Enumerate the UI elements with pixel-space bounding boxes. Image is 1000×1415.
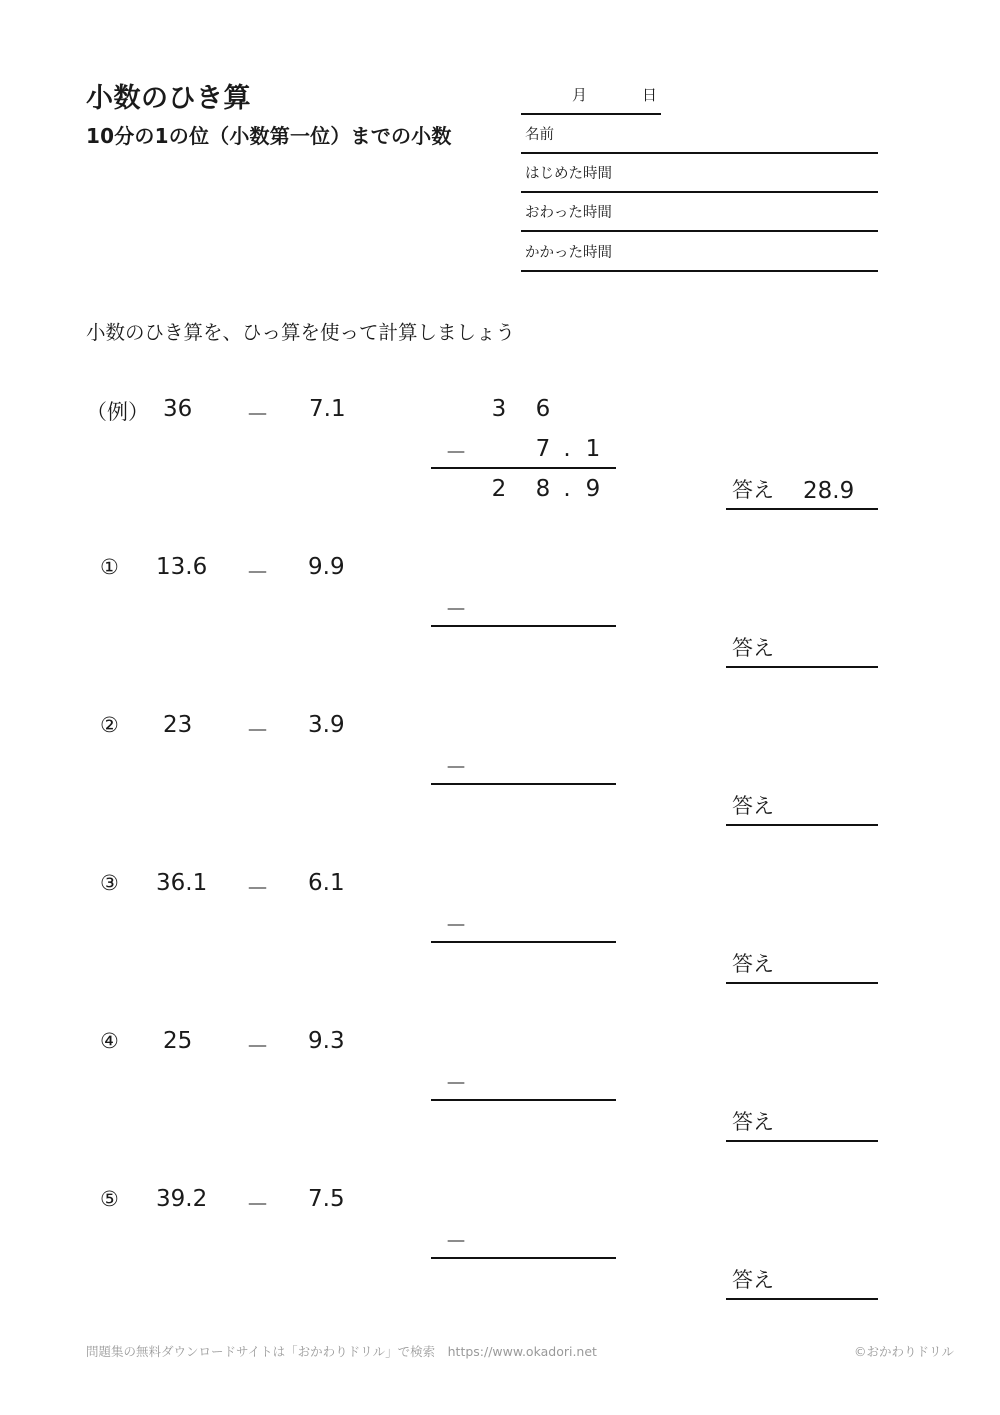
problem-2-col-operator: － — [445, 751, 467, 782]
example-subtrahend: 7.1 — [309, 396, 346, 422]
problem-3-answer-box[interactable]: 答え — [726, 948, 878, 984]
problem-3-number: ③ — [100, 871, 119, 895]
problem-1-minuend: 13.6 — [156, 554, 207, 580]
problem-3-answer-label: 答え — [732, 948, 774, 978]
date-field[interactable]: 月 日 — [521, 84, 661, 115]
problem-4-answer-box[interactable]: 答え — [726, 1106, 878, 1142]
elapsed-time-label: かかった時間 — [525, 241, 612, 262]
name-field[interactable]: 名前 — [521, 115, 878, 154]
example-col-operator: － — [445, 436, 467, 467]
problem-1-answer-label: 答え — [732, 632, 774, 662]
problem-4-number: ④ — [100, 1029, 119, 1053]
example-minuend: 36 — [163, 396, 192, 422]
worksheet-title: 小数のひき算 — [86, 76, 251, 115]
start-time-field[interactable]: はじめた時間 — [521, 154, 878, 193]
problem-5-answer-box[interactable]: 答え — [726, 1264, 878, 1300]
problem-5-answer-label: 答え — [732, 1264, 774, 1294]
problem-5-number: ⑤ — [100, 1187, 119, 1211]
problem-2-sum-line[interactable] — [431, 783, 616, 785]
example-sum-line — [431, 467, 616, 469]
problem-3-col-operator: － — [445, 909, 467, 940]
problem-4-sum-line[interactable] — [431, 1099, 616, 1101]
problem-2-operator: － — [246, 712, 269, 745]
problem-2-subtrahend: 3.9 — [308, 712, 345, 738]
problem-5-minuend: 39.2 — [156, 1186, 207, 1212]
example-col-r2-dot: . — [556, 436, 578, 462]
end-time-field[interactable]: おわった時間 — [521, 193, 878, 232]
footer-site-notice: 問題集の無料ダウンロードサイトは「おかわりドリル」で検索 https://www… — [86, 1342, 597, 1360]
elapsed-time-field[interactable]: かかった時間 — [521, 233, 878, 272]
example-col-r1-d1: 3 — [488, 396, 510, 422]
end-time-label: おわった時間 — [525, 201, 612, 222]
problem-3-operator: － — [246, 870, 269, 903]
example-col-r3-d2: 8 — [532, 476, 554, 502]
problem-4-subtrahend: 9.3 — [308, 1028, 345, 1054]
problem-5-col-operator: － — [445, 1225, 467, 1256]
name-label: 名前 — [525, 123, 554, 144]
problem-4-answer-label: 答え — [732, 1106, 774, 1136]
day-label: 日 — [642, 84, 657, 105]
problem-3-subtrahend: 6.1 — [308, 870, 345, 896]
problem-3-minuend: 36.1 — [156, 870, 207, 896]
example-operator: － — [246, 396, 269, 429]
start-time-label: はじめた時間 — [525, 162, 612, 183]
worksheet-subtitle: 10分の1の位（小数第一位）までの小数 — [86, 120, 452, 149]
example-answer-box: 答え 28.9 — [726, 474, 878, 510]
problem-5-operator: － — [246, 1186, 269, 1219]
problem-1-operator: － — [246, 554, 269, 587]
example-label: （例） — [86, 396, 149, 426]
example-col-r3-d3: 9 — [582, 476, 604, 502]
example-answer-value: 28.9 — [803, 478, 854, 504]
example-col-r1-d2: 6 — [532, 396, 554, 422]
problem-1-subtrahend: 9.9 — [308, 554, 345, 580]
problem-1-col-operator: － — [445, 593, 467, 624]
problem-1-number: ① — [100, 555, 119, 579]
problem-2-answer-box[interactable]: 答え — [726, 790, 878, 826]
problem-1-sum-line[interactable] — [431, 625, 616, 627]
problem-2-number: ② — [100, 713, 119, 737]
month-label: 月 — [572, 84, 587, 105]
example-col-r2-d2: 7 — [532, 436, 554, 462]
problem-4-minuend: 25 — [163, 1028, 192, 1054]
example-col-r2-d3: 1 — [582, 436, 604, 462]
example-col-r3-d1: 2 — [488, 476, 510, 502]
example-col-r3-dot: . — [556, 476, 578, 502]
problem-2-answer-label: 答え — [732, 790, 774, 820]
problem-1-answer-box[interactable]: 答え — [726, 632, 878, 668]
problem-2-minuend: 23 — [163, 712, 192, 738]
problem-4-col-operator: － — [445, 1067, 467, 1098]
footer-copyright: ©おかわりドリル — [854, 1342, 954, 1360]
problem-4-operator: － — [246, 1028, 269, 1061]
instruction-text: 小数のひき算を、ひっ算を使って計算しましょう — [86, 317, 515, 345]
example-answer-label: 答え — [732, 474, 774, 504]
problem-3-sum-line[interactable] — [431, 941, 616, 943]
problem-5-sum-line[interactable] — [431, 1257, 616, 1259]
problem-5-subtrahend: 7.5 — [308, 1186, 345, 1212]
